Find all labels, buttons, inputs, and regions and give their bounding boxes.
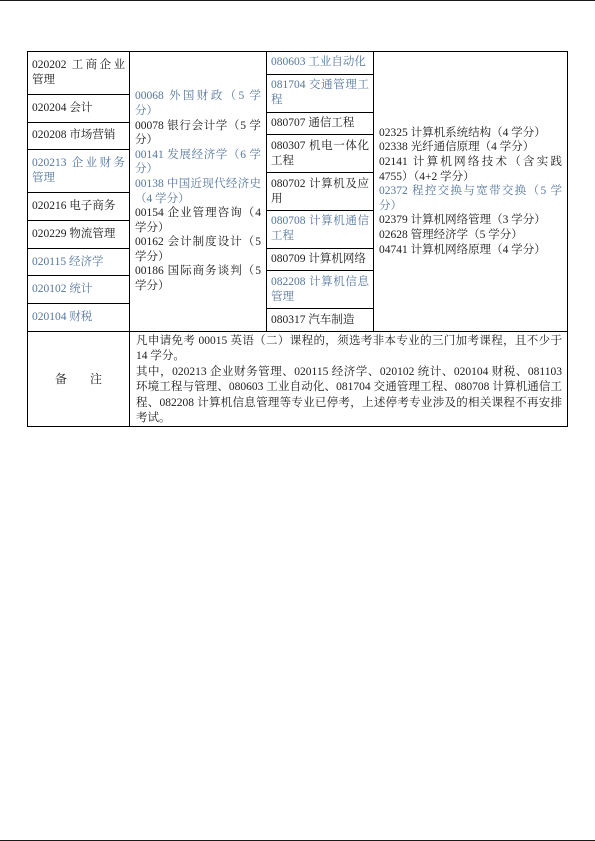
major-cell: 080702 计算机及应用: [267, 173, 373, 211]
major-cell: 020208 市场营销: [28, 123, 129, 151]
course-item: 00186 国际商务谈判（5 学分）: [135, 264, 261, 293]
course-item: 00138 中国近现代经济史（4 学分）: [135, 177, 261, 206]
major-cell: 020102 统计: [28, 276, 129, 304]
major-cell: 080709 计算机网络: [267, 249, 373, 272]
major-cell: 020213 企业财务管理: [28, 150, 129, 193]
major-cell: 081704 交通管理工程: [267, 75, 373, 113]
remark-content: 凡申请免考 00015 英语（二）课程的，须选考非本专业的三门加考课程，且不少于…: [130, 332, 567, 426]
course-item: 00141 发展经济学（6 学分）: [135, 148, 261, 177]
remark-label-char: 备: [55, 372, 67, 387]
major-cell: 080603 工业自动化: [267, 52, 373, 75]
course-item: 04741 计算机网络原理（4 学分）: [379, 243, 562, 258]
major-cell: 020204 会计: [28, 95, 129, 123]
major-cell: 082208 计算机信息管理: [267, 271, 373, 309]
major-cell: 080307 机电一体化工程: [267, 135, 373, 173]
table-top-section: 020202 工商企业管理020204 会计020208 市场营销020213 …: [28, 52, 567, 332]
course-item: 02338 光纤通信原理（4 学分）: [379, 140, 562, 155]
course-item: 00162 会计制度设计（5 学分）: [135, 235, 261, 264]
major-cell: 020202 工商企业管理: [28, 52, 129, 95]
remark-label: 备 注: [28, 332, 130, 426]
remark-paragraph-1: 凡申请免考 00015 英语（二）课程的，须选考非本专业的三门加考课程，且不少于…: [136, 334, 562, 365]
major-cell: 020216 电子商务: [28, 193, 129, 221]
major-cell: 020115 经济学: [28, 249, 129, 277]
remark-row: 备 注 凡申请免考 00015 英语（二）课程的，须选考非本专业的三门加考课程，…: [28, 332, 567, 426]
right-course-column: 02325 计算机系统结构（4 学分）02338 光纤通信原理（4 学分）021…: [374, 52, 567, 331]
left-major-column: 020202 工商企业管理020204 会计020208 市场营销020213 …: [28, 52, 130, 331]
exemption-course-table: 020202 工商企业管理020204 会计020208 市场营销020213 …: [27, 51, 568, 427]
course-item: 00068 外国财政（5 学分）: [135, 89, 261, 118]
remark-label-char: 注: [90, 372, 102, 387]
document-page: 020202 工商企业管理020204 会计020208 市场营销020213 …: [0, 0, 595, 841]
course-item: 00078 银行会计学（5 学分）: [135, 119, 261, 148]
course-item: 02379 计算机网络管理（3 学分）: [379, 213, 562, 228]
course-item: 02372 程控交换与宽带交换（5 学分）: [379, 184, 562, 213]
remark-paragraph-2: 其中，020213 企业财务管理、020115 经济学、020102 统计、02…: [136, 365, 562, 427]
major-cell: 020229 物流管理: [28, 221, 129, 249]
major-cell: 080708 计算机通信工程: [267, 211, 373, 249]
course-item: 02325 计算机系统结构（4 学分）: [379, 126, 562, 141]
major-cell: 080707 通信工程: [267, 113, 373, 136]
course-item: 00154 企业管理咨询（4 学分）: [135, 206, 261, 235]
left-course-column: 00068 外国财政（5 学分）00078 银行会计学（5 学分）00141 发…: [130, 52, 267, 331]
right-major-column: 080603 工业自动化081704 交通管理工程080707 通信工程0803…: [267, 52, 374, 331]
course-item: 02628 管理经济学（5 学分）: [379, 228, 562, 243]
major-cell: 020104 财税: [28, 304, 129, 331]
major-cell: 080317 汽车制造: [267, 309, 373, 331]
course-item: 02141 计算机网络技术（含实践 4755）（4+2 学分）: [379, 155, 562, 184]
